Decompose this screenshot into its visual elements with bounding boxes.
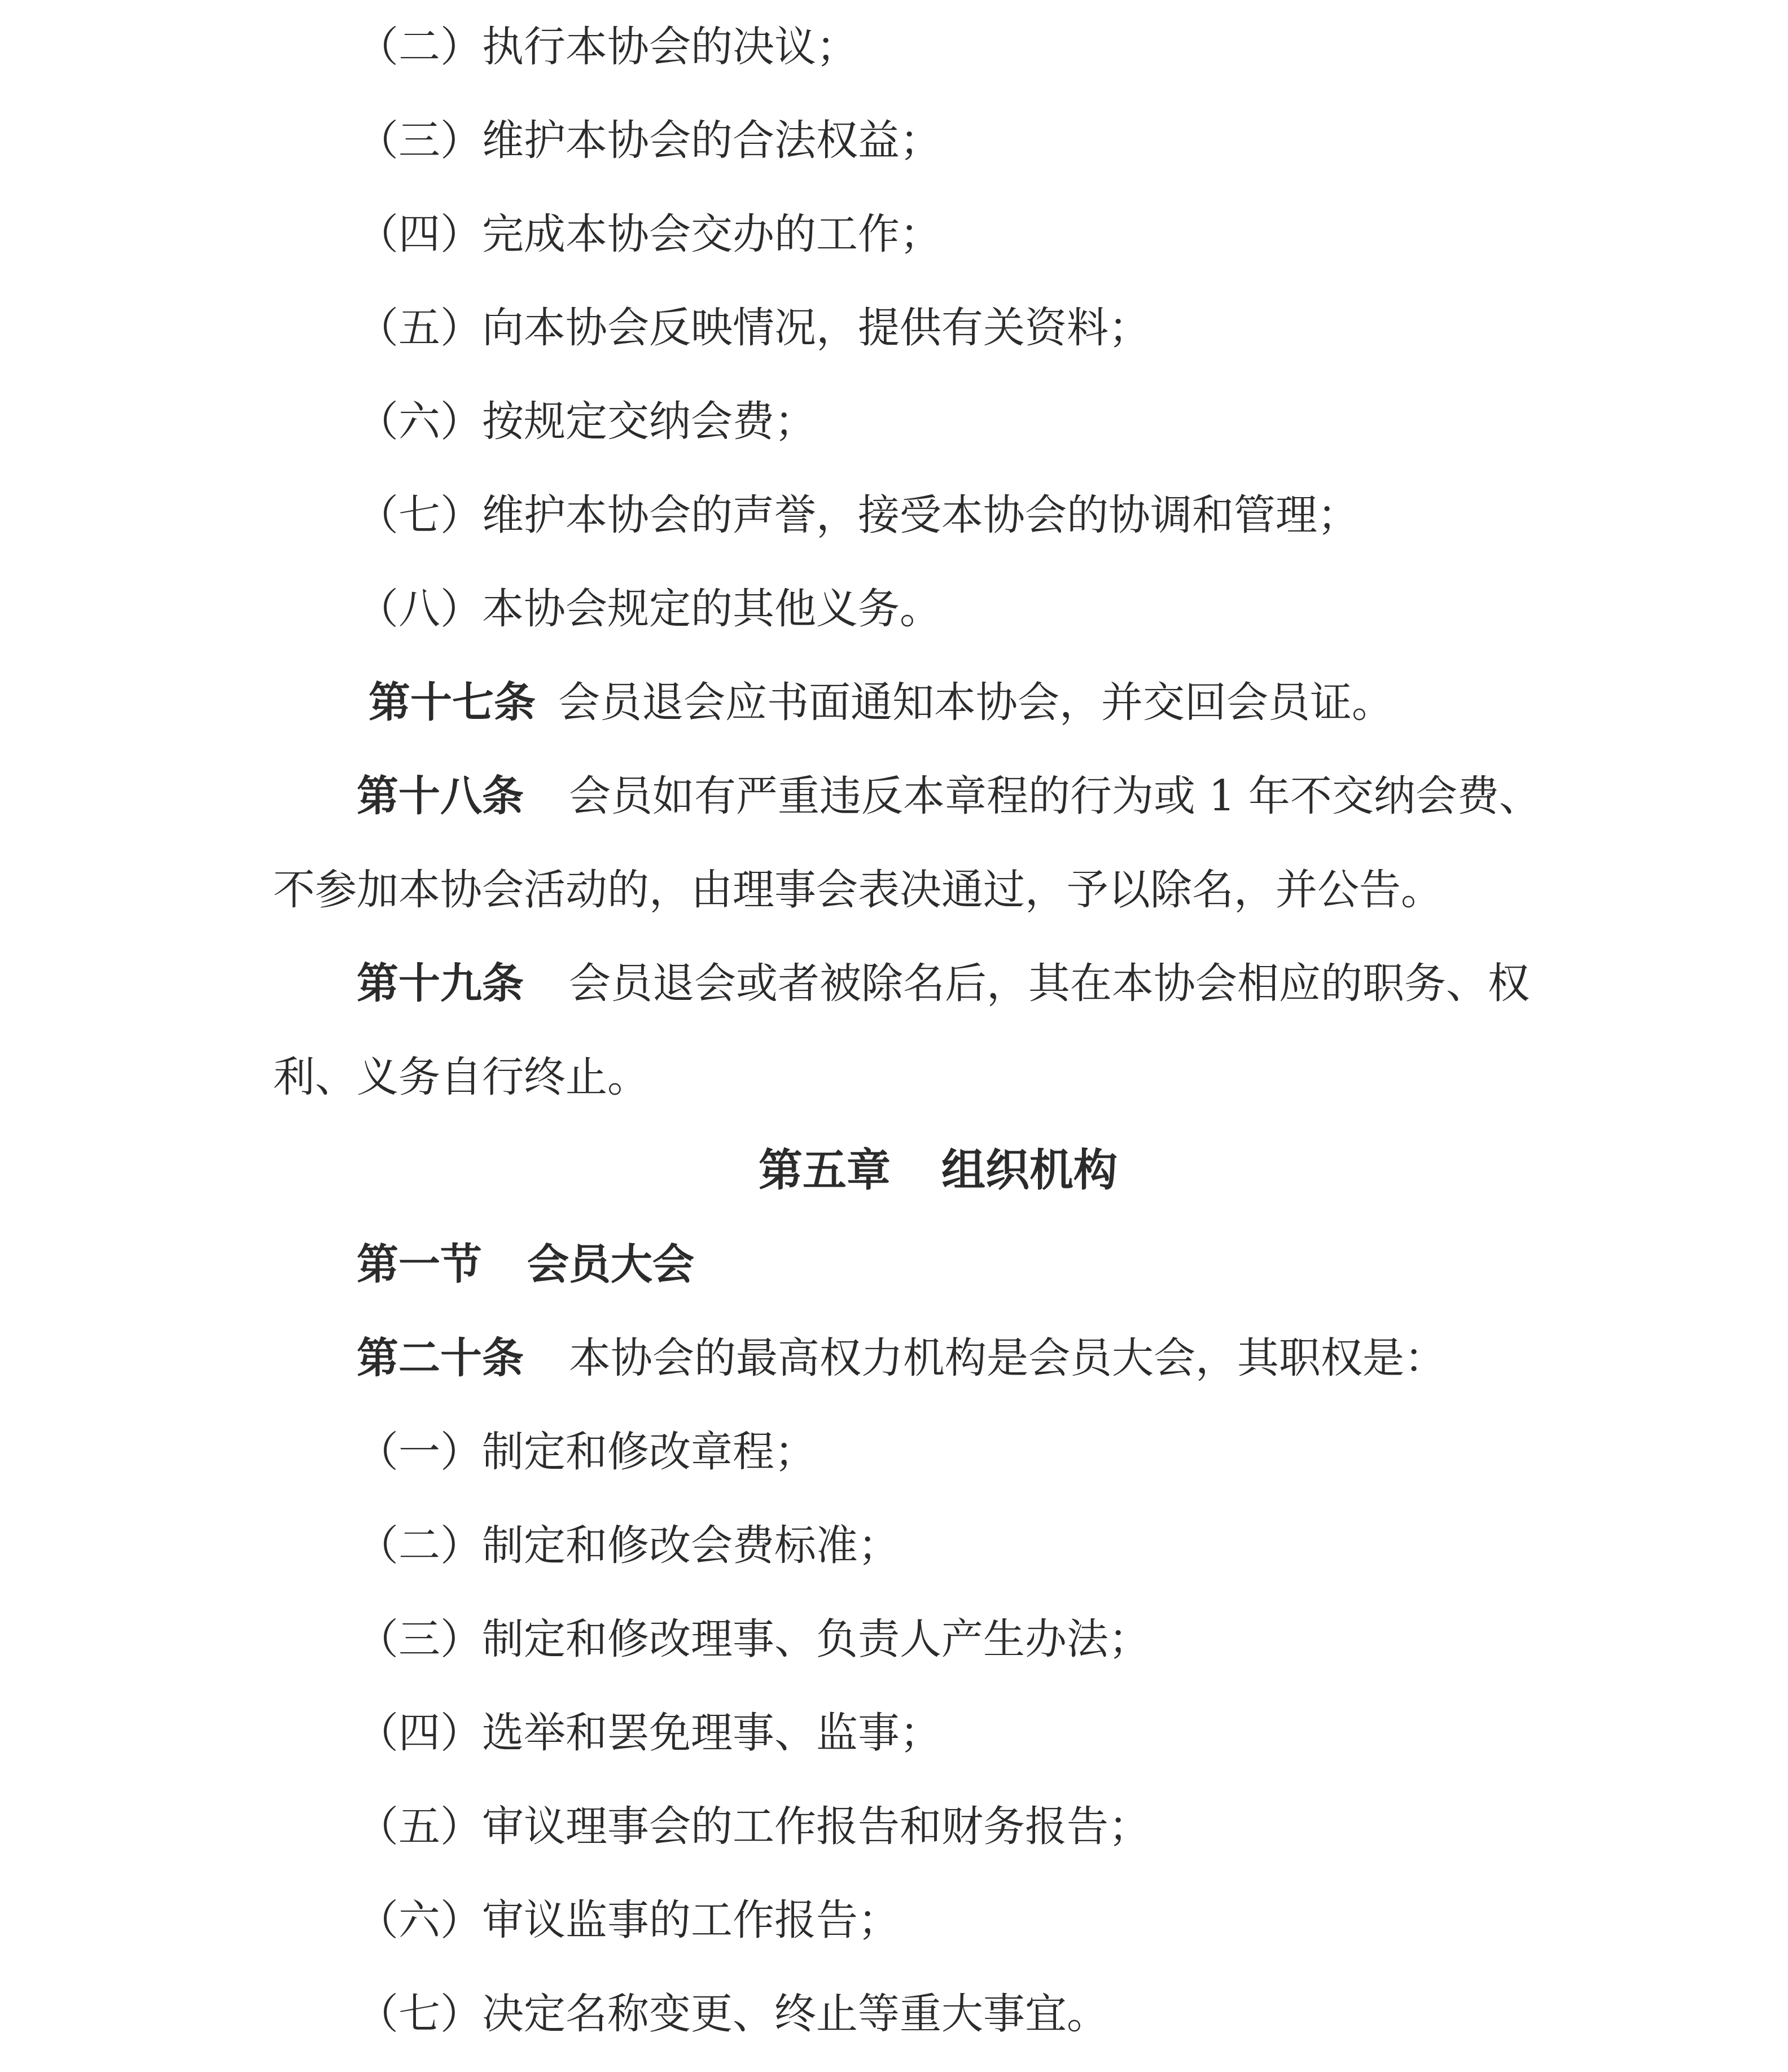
list-text: 审议监事的工作报告；	[482, 1896, 900, 1944]
duty-item: （三）维护本协会的合法权益；	[273, 94, 1532, 187]
power-item: （一）制定和修改章程；	[273, 1405, 1532, 1499]
list-text: 选举和罢免理事、监事；	[482, 1709, 941, 1757]
list-text: 按规定交纳会费；	[482, 397, 816, 446]
article-text: 会员退会或者被除名后，其在本协会相应的职务、权	[569, 959, 1530, 1008]
list-marker: （三）	[357, 1615, 482, 1663]
list-text: 审议理事会的工作报告和财务报告；	[482, 1802, 1150, 1851]
list-marker: （五）	[357, 1802, 482, 1851]
duty-item: （六）按规定交纳会费；	[273, 375, 1532, 468]
article-18-continued: 不参加本协会活动的，由理事会表决通过，予以除名，并公告。	[273, 843, 1532, 937]
article-19: 第十九条会员退会或者被除名后，其在本协会相应的职务、权	[273, 937, 1532, 1030]
list-marker: （五）	[357, 304, 482, 352]
duty-item: （七）维护本协会的声誉，接受本协会的协调和管理；	[273, 468, 1532, 562]
article-text: 不参加本协会活动的，由理事会表决通过，予以除名，并公告。	[273, 866, 1443, 914]
list-text: 制定和修改会费标准；	[482, 1521, 900, 1570]
article-label: 第十八条	[357, 772, 524, 820]
section-title: 会员大会	[527, 1240, 694, 1289]
section-number: 第一节	[357, 1240, 482, 1289]
list-text: 完成本协会交办的工作；	[482, 210, 941, 258]
chapter-number: 第五章	[759, 1145, 891, 1196]
list-text: 制定和修改理事、负责人产生办法；	[482, 1615, 1150, 1663]
list-text: 制定和修改章程；	[482, 1428, 816, 1476]
list-marker: （八）	[357, 585, 482, 633]
list-marker: （一）	[357, 1428, 482, 1476]
article-label: 第十七条	[369, 678, 536, 727]
duty-item: （五）向本协会反映情况，提供有关资料；	[273, 281, 1532, 375]
section-heading: 第一节会员大会	[273, 1218, 1532, 1311]
list-marker: （四）	[357, 210, 482, 258]
power-item: （六）审议监事的工作报告；	[273, 1873, 1532, 1967]
list-marker: （六）	[357, 1896, 482, 1944]
article-20: 第二十条本协会的最高权力机构是会员大会，其职权是：	[273, 1311, 1532, 1405]
power-item: （二）制定和修改会费标准；	[273, 1499, 1532, 1592]
chapter-heading: 第五章组织机构	[273, 1124, 1532, 1218]
chapter-title: 组织机构	[941, 1145, 1117, 1196]
article-19-continued: 利、义务自行终止。	[273, 1030, 1532, 1124]
duty-item: （二）执行本协会的决议；	[273, 0, 1532, 94]
list-marker: （三）	[357, 116, 482, 165]
list-text: 维护本协会的合法权益；	[482, 116, 941, 165]
article-text: 会员退会应书面通知本协会，并交回会员证。	[558, 678, 1393, 727]
list-marker: （六）	[357, 397, 482, 446]
power-item: （四）选举和罢免理事、监事；	[273, 1686, 1532, 1780]
article-18: 第十八条会员如有严重违反本章程的行为或 1 年不交纳会费、	[273, 749, 1532, 843]
list-text: 决定名称变更、终止等重大事宜。	[482, 1990, 1108, 2038]
list-marker: （四）	[357, 1709, 482, 1757]
document-page: （二）执行本协会的决议； （三）维护本协会的合法权益； （四）完成本协会交办的工…	[273, 0, 1532, 2061]
article-text: 本协会的最高权力机构是会员大会，其职权是：	[569, 1334, 1446, 1382]
list-text: 维护本协会的声誉，接受本协会的协调和管理；	[482, 491, 1359, 539]
list-text: 执行本协会的决议；	[482, 23, 858, 71]
article-text: 利、义务自行终止。	[273, 1053, 649, 1101]
duty-item: （四）完成本协会交办的工作；	[273, 187, 1532, 281]
list-marker: （二）	[357, 1521, 482, 1570]
duty-item: （八）本协会规定的其他义务。	[273, 562, 1532, 656]
list-marker: （二）	[357, 23, 482, 71]
power-item: （五）审议理事会的工作报告和财务报告；	[273, 1780, 1532, 1873]
list-marker: （七）	[357, 491, 482, 539]
power-item: （七）决定名称变更、终止等重大事宜。	[273, 1967, 1532, 2061]
power-item: （三）制定和修改理事、负责人产生办法；	[273, 1592, 1532, 1686]
article-label: 第二十条	[357, 1334, 524, 1382]
list-text: 本协会规定的其他义务。	[482, 585, 941, 633]
list-text: 向本协会反映情况，提供有关资料；	[482, 304, 1150, 352]
article-17: 第十七条会员退会应书面通知本协会，并交回会员证。	[273, 656, 1532, 749]
article-label: 第十九条	[357, 959, 524, 1008]
article-text: 会员如有严重违反本章程的行为或 1 年不交纳会费、	[569, 772, 1541, 820]
list-marker: （七）	[357, 1990, 482, 2038]
